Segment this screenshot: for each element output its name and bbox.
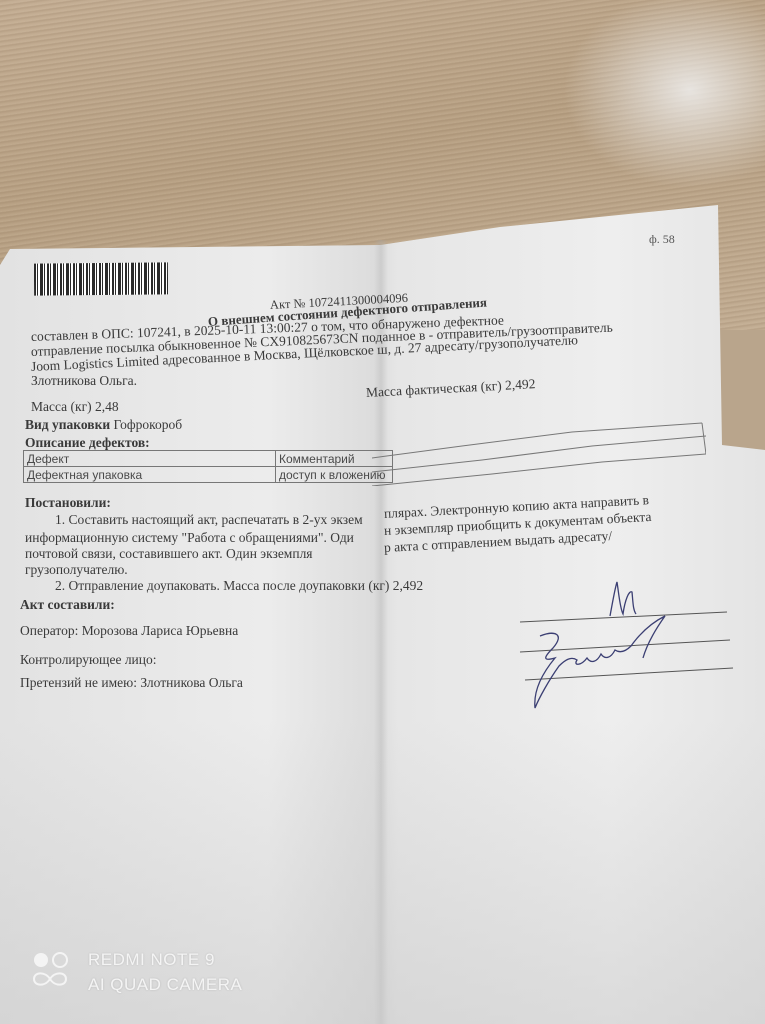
actual-mass: Масса фактическая (кг) 2,492 (366, 376, 536, 401)
barcode (34, 262, 168, 295)
recipient-signature (535, 616, 665, 708)
controller-label: Контролирующее лицо: (20, 652, 157, 668)
packaging-type: Вид упаковки Гофрокороб (25, 417, 182, 433)
table-row: Дефектная упаковка доступ к вложению (24, 467, 393, 483)
packaging-value: Гофрокороб (114, 417, 183, 432)
watermark-model: REDMI NOTE 9 (88, 950, 215, 970)
decided-heading: Постановили: (25, 495, 111, 511)
decision-line: 1. Составить настоящий акт, распечатать … (55, 512, 363, 528)
declared-mass: Масса (кг) 2,48 (31, 399, 119, 415)
operator-name: Оператор: Морозова Лариса Юрьевна (20, 623, 238, 639)
watermark-camera: AI QUAD CAMERA (88, 975, 242, 995)
decision-2: 2. Отправление доупаковать. Масса после … (55, 578, 423, 594)
quad-camera-icon (32, 950, 72, 990)
decision-line: информационную систему "Работа с обращен… (25, 530, 354, 546)
defects-heading: Описание дефектов: (25, 435, 150, 451)
no-claims-statement: Претензий не имею: Злотникова Ольга (20, 675, 243, 691)
defects-table-continuation (372, 420, 706, 486)
packaging-label: Вид упаковки (25, 417, 110, 432)
operator-signature (610, 582, 636, 616)
header-defect: Дефект (24, 451, 276, 467)
defects-table: Дефект Комментарий Дефектная упаковка до… (23, 450, 393, 483)
decision-line: грузополучателю. (25, 562, 128, 578)
signature-area (515, 570, 745, 720)
decision-line: почтовой связи, составившего акт. Один э… (25, 546, 313, 562)
table-header-row: Дефект Комментарий (24, 451, 393, 467)
form-number: ф. 58 (649, 232, 675, 247)
act-body-line: Злотникова Ольга. (31, 373, 137, 389)
cell-defect: Дефектная упаковка (24, 467, 276, 483)
compiled-heading: Акт составили: (20, 597, 115, 613)
document: ф. 58 Акт № 1072411300004096 О внешнем с… (0, 0, 765, 1024)
